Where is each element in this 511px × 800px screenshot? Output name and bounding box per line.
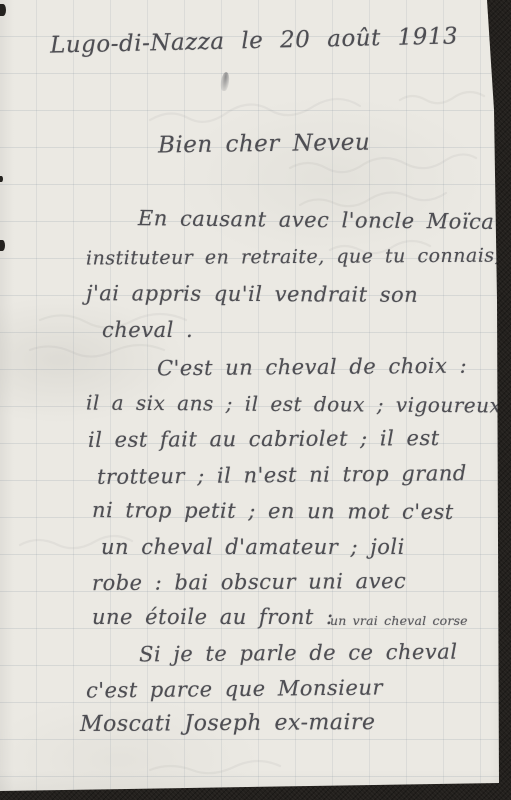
ink-blot [220, 72, 231, 92]
dateline: Lugo-di-Nazza le 20 août 1913 [50, 23, 459, 58]
edge-scan-mark [0, 176, 3, 182]
letter-line: c'est parce que Monsieur [86, 675, 383, 702]
letter-line: ni trop petit ; en un mot c'est [92, 498, 454, 524]
letter-line: robe : bai obscur uni avec [92, 569, 406, 595]
letter-line: j'ai appris qu'il vendrait son [86, 281, 418, 307]
letter-line: instituteur en retraite, que tu connais, [86, 245, 501, 270]
letter-page: Lugo-di-Nazza le 20 août 1913 Bien cher … [0, 0, 511, 800]
letter-line: il est fait au cabriolet ; il est [88, 426, 440, 452]
inline-small-note: un vrai cheval corse [330, 613, 468, 628]
letter-line: cheval . [102, 318, 193, 342]
letter-line: il a six ans ; il est doux ; vigoureux [86, 391, 501, 418]
salutation: Bien cher Neveu [158, 130, 371, 159]
letter-line: un cheval d'amateur ; joli [101, 535, 405, 559]
letter-line: Si je te parle de ce cheval [139, 640, 458, 667]
edge-scan-mark [0, 240, 5, 251]
letter-line: une étoile au front : [92, 605, 334, 629]
letter-line: Moscati Joseph ex-maire [80, 710, 376, 737]
letter-line: C'est un cheval de choix : [157, 354, 467, 381]
edge-scan-mark [0, 4, 6, 16]
letter-line: trotteur ; il n'est ni trop grand [97, 461, 467, 489]
letter-line: En causant avec l'oncle Moïca [138, 206, 495, 234]
